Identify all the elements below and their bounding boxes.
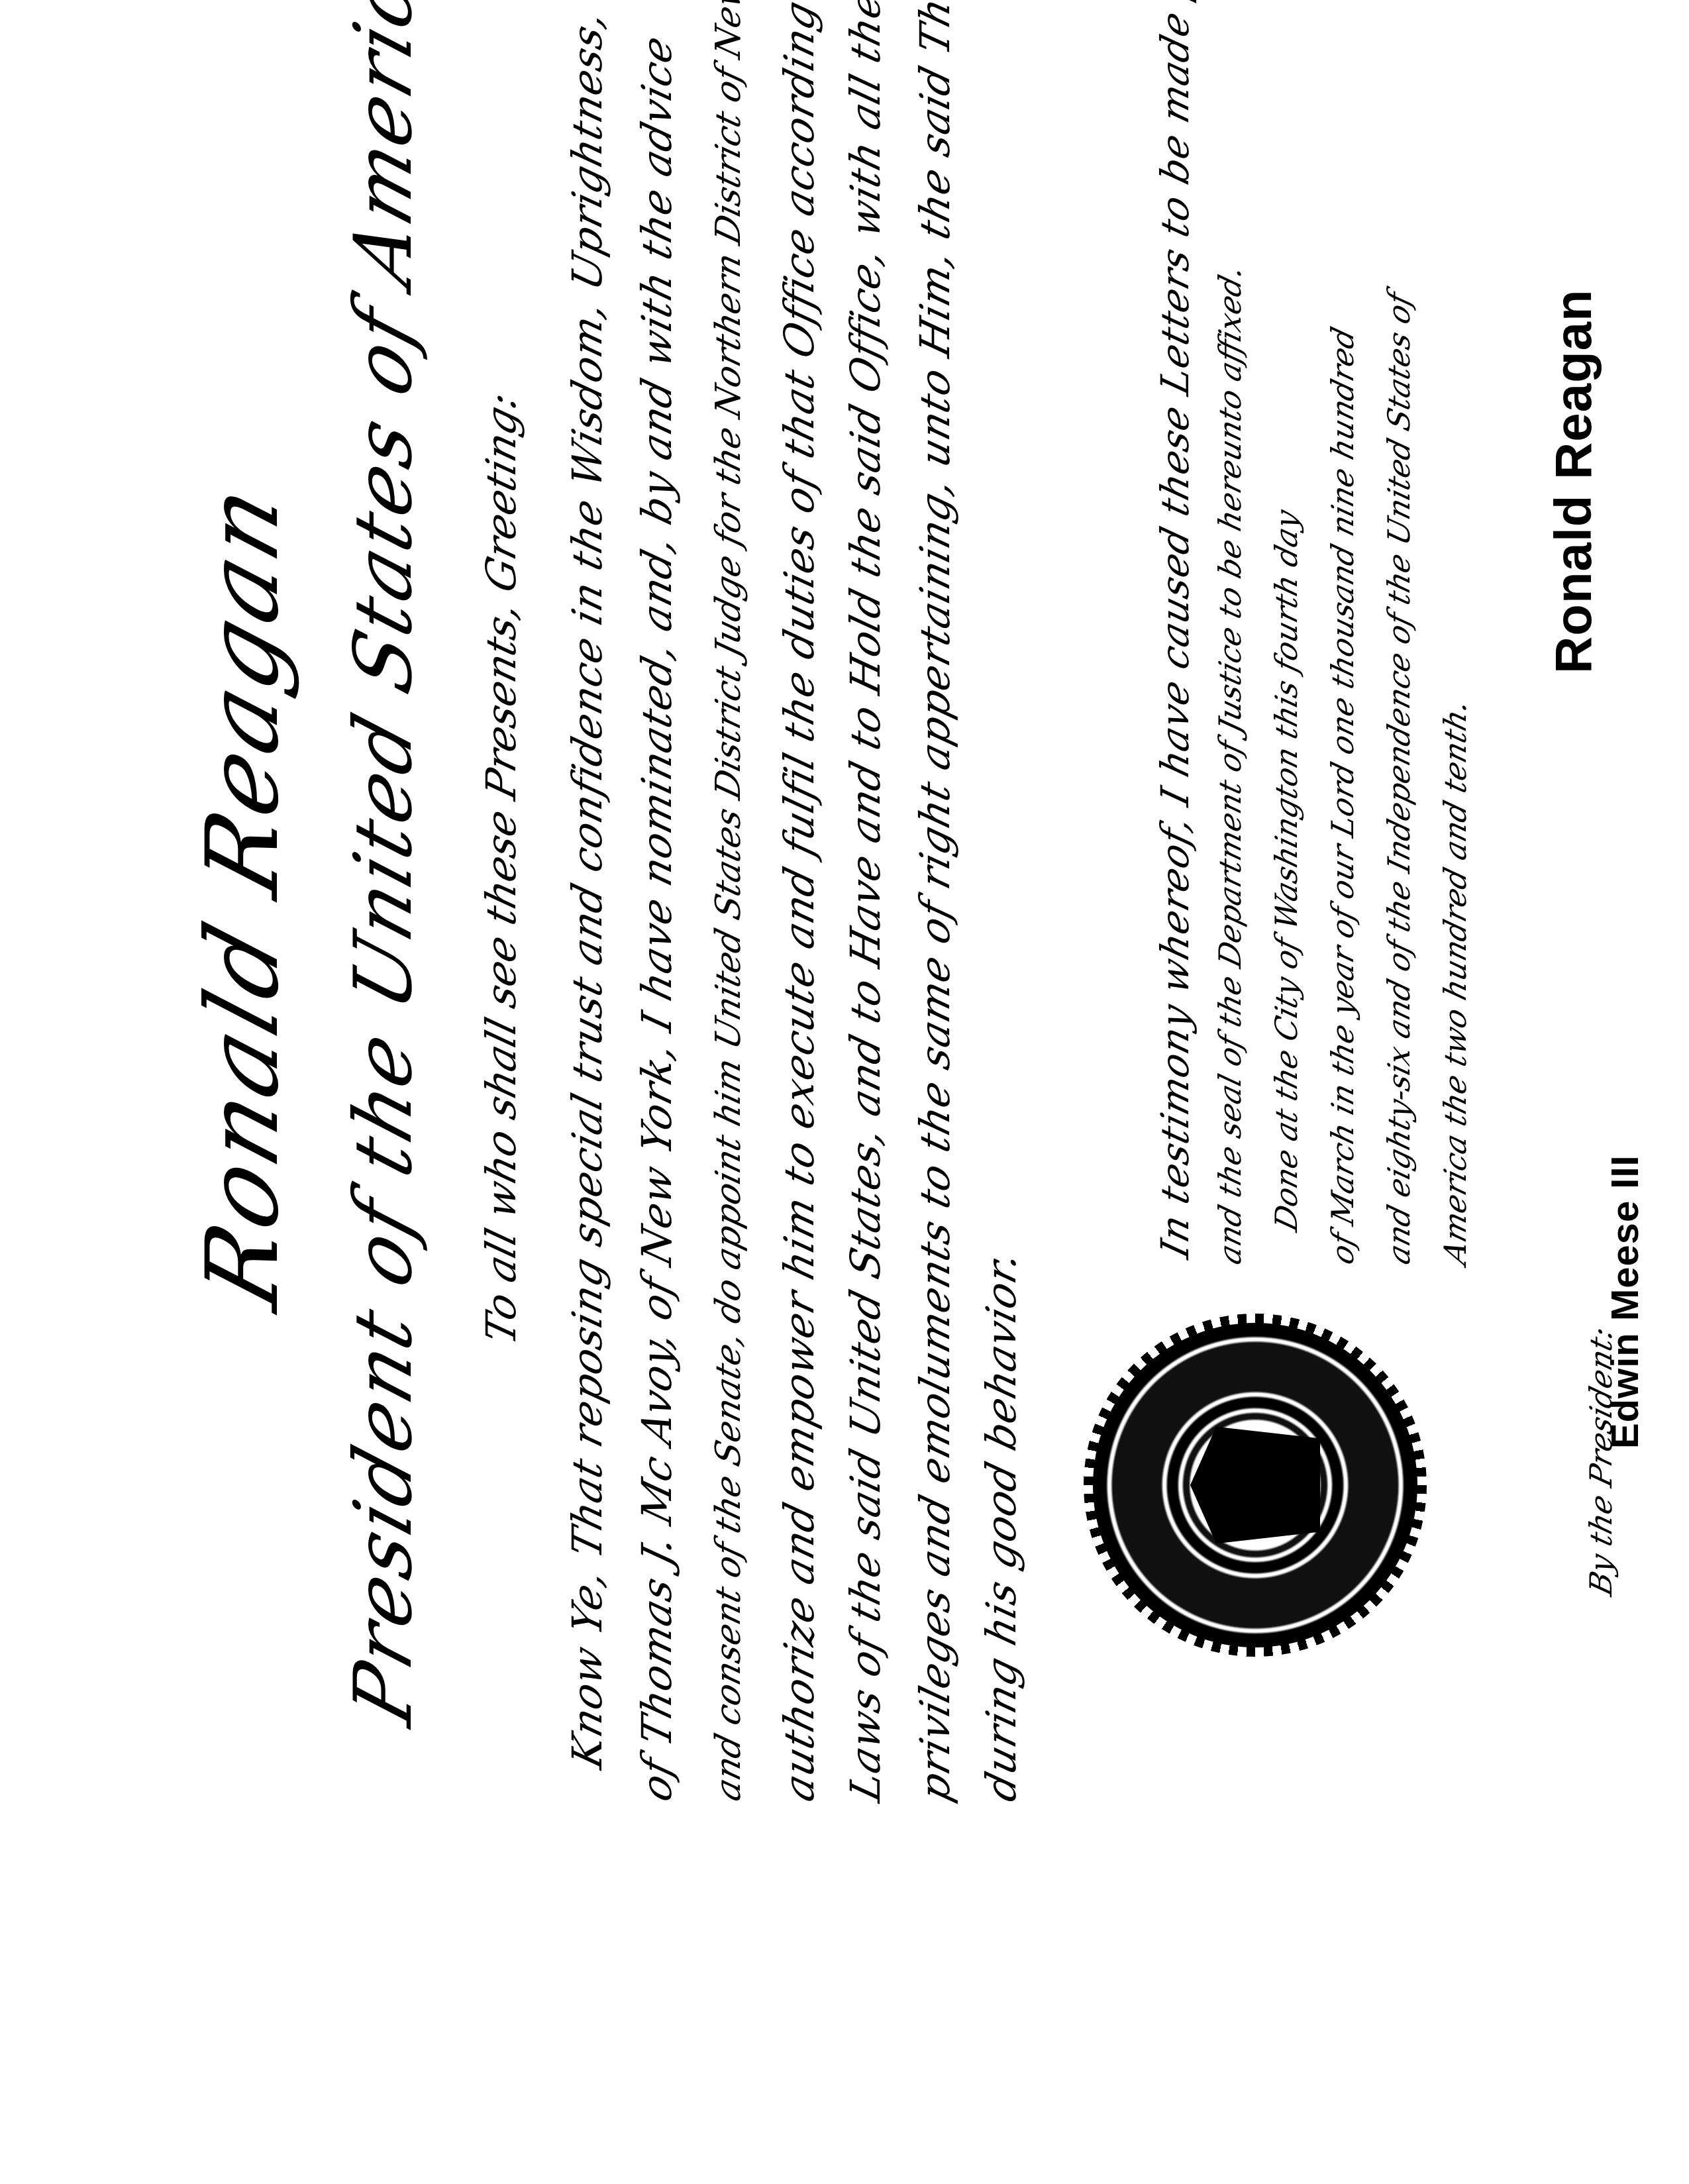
body-line-4: authorize and empower him to execute and… [775, 0, 823, 1806]
subheading-title: President of the United States of Americ… [338, 0, 430, 1736]
greeting-line: To all who shall see these Presents, Gre… [477, 387, 525, 1349]
testimonium-line-3: Done at the City of Washington this four… [1268, 506, 1304, 1235]
signature-president: Ronald Reagan [1543, 289, 1604, 674]
department-of-justice-seal [1093, 1323, 1417, 1647]
body-line-5: Laws of the said United States, and to H… [841, 0, 890, 1806]
body-line-6: privileges and emoluments to the same of… [911, 0, 959, 1806]
body-line-1: Know Ye, That reposing special trust and… [563, 0, 611, 1773]
scan-speck [252, 988, 256, 992]
testimonium-line-5: and eighty-six and of the Independence o… [1381, 288, 1417, 1268]
heading-president-name: Ronald Reagan [185, 468, 301, 1322]
signature-attorney-general: Edwin Meese III [1603, 1155, 1647, 1449]
seal-eagle-emblem-icon [1190, 1427, 1320, 1543]
commission-document: Ronald Reagan President of the United St… [0, 0, 1689, 2184]
testimonium-line-1: In testimony whereof, I have caused thes… [1152, 0, 1198, 1263]
testimonium-line-6: America the two hundred and tenth. [1437, 696, 1473, 1268]
body-line-7: during his good behavior. [977, 1246, 1025, 1806]
testimonium-line-4: of March in the year of our Lord one tho… [1325, 323, 1360, 1268]
body-line-2: of Thomas J. Mc Avoy, of New York, I hav… [633, 30, 681, 1806]
testimonium-line-2: and the seal of the Department of Justic… [1212, 262, 1248, 1268]
body-line-3: and consent of the Senate, do appoint hi… [709, 0, 748, 1805]
